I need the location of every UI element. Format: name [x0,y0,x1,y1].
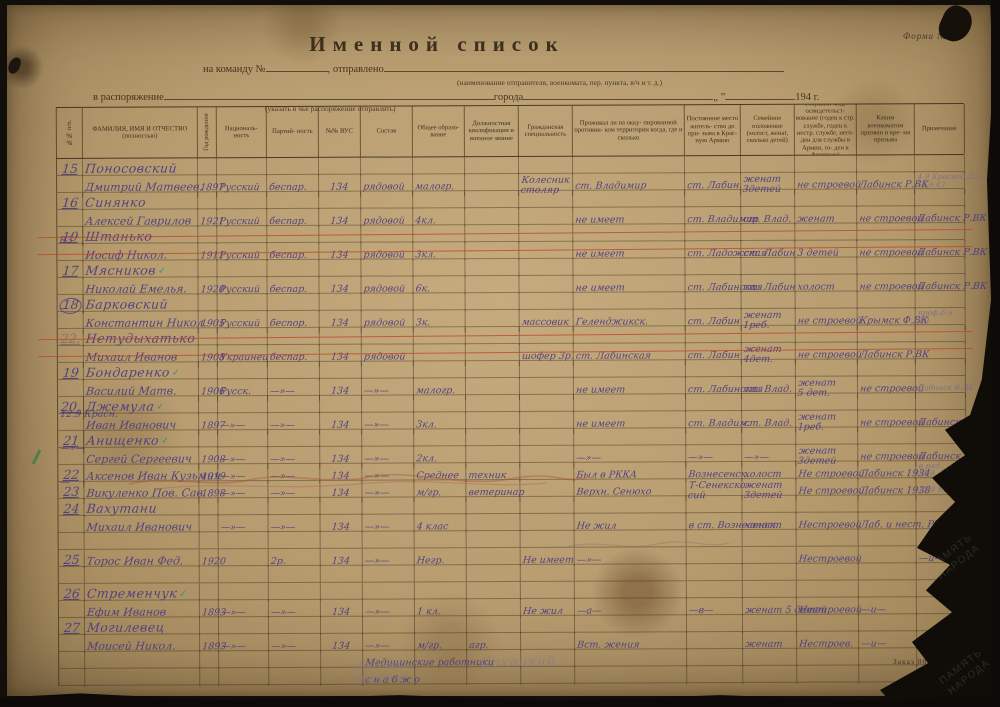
data-cell [741,156,795,174]
data-cell [796,393,858,411]
data-cell [573,156,685,174]
blank-underline [523,89,713,100]
data-cell: не имеет [573,207,685,225]
data-cell [575,581,687,599]
data-cell [796,427,858,445]
data-cell: беспар. [267,243,319,261]
data-cell [796,291,858,309]
data-cell [743,547,797,565]
data-cell [520,463,574,482]
data-cell [859,563,917,579]
data-cell [217,260,267,278]
data-cell [467,548,521,566]
data-cell: —в— [687,598,743,616]
person-name: Анищенко [86,435,160,448]
data-cell [200,583,219,601]
data-cell: Нестроевой [797,546,859,564]
data-cell: женат [795,206,857,224]
data-cell: 3 детей [795,240,857,258]
data-cell [199,498,218,516]
data-cell [741,190,795,208]
data-cell [321,617,363,635]
data-cell: Лабинск Р.ВК [915,274,965,292]
check-mark-icon: ✓ [172,367,180,377]
form-line-1: на команду №, отправлено [203,61,784,75]
data-cell [218,362,268,380]
data-cell [361,259,413,277]
line2-label1: в распоряжение [93,92,164,103]
data-cell: ст. Лабинская [685,275,741,293]
data-cell [219,617,269,635]
data-cell [521,531,575,547]
data-cell [414,395,466,413]
data-cell [362,395,414,413]
person-name: Иван Иванович [86,419,177,430]
data-cell [466,429,520,447]
data-cell [520,293,574,311]
row-number-cell [59,533,85,549]
data-cell [362,361,414,379]
name-cell [85,651,200,670]
data-cell: Русский [217,209,267,227]
data-cell [795,155,857,173]
column-header: Примечание [915,104,965,154]
data-cell [466,327,520,345]
data-cell [575,530,687,546]
data-cell [521,514,575,532]
data-cell [415,582,467,600]
data-cell [268,294,320,312]
data-cell: Русский [217,277,267,295]
row-number: 19 [61,231,78,244]
data-cell [363,582,415,600]
row-number-cell: 16 [57,193,83,211]
data-cell: 134 [319,277,361,295]
data-cell [414,497,466,515]
name-cell: Николай Емелья. [83,277,198,296]
name-cell [85,532,200,549]
data-cell: рядовой [361,208,413,226]
row-number: 27 [63,622,80,635]
person-name: Торос Иван Фед. [86,555,184,566]
data-cell: м/гр. [415,633,467,651]
column-header: №№ ВУС [319,107,361,157]
person-name: Мясников [85,265,157,278]
name-cell: Алексей Гаврилов [83,209,198,228]
data-cell [685,156,741,174]
dark-right-edge [991,0,1000,707]
data-cell [687,666,743,684]
data-cell [574,326,686,344]
person-name: Михаил Иванов [85,351,178,362]
data-cell: —и— [859,631,917,649]
form-line-1-sub: (наименование отправителя, военкомата, п… [457,78,662,87]
data-cell [200,532,219,548]
data-cell [916,291,966,309]
data-cell [915,223,965,241]
data-cell [686,394,742,412]
data-cell: —»— [362,463,414,482]
data-cell [361,191,413,209]
person-name: Поносовский [84,162,177,175]
data-cell [521,565,575,581]
data-cell [743,530,797,546]
handwritten-entry: 4-9 Краснод.2сп 14.9.43 [916,173,982,188]
archive-watermark: ПАМЯТЬ НАРОДА [938,647,994,698]
paper-sheet: Форма № Именной список на команду №, отп… [7,5,992,696]
data-cell: —а— [575,598,687,616]
data-cell [200,617,219,635]
data-cell: Нестроевой [797,597,859,615]
name-cell: Синянко [83,192,198,211]
data-cell: 6к. [413,276,465,294]
data-cell [219,583,269,601]
data-cell [218,396,268,414]
data-cell: —»— [219,515,269,533]
data-cell [465,157,519,175]
data-cell [362,497,414,515]
data-cell [198,192,217,210]
data-cell [795,189,857,207]
data-cell: —»— [218,464,268,483]
data-cell: техник [466,463,520,482]
name-cell: Иосиф Никол. [83,243,198,262]
data-cell: —»— [363,548,415,566]
column-header: Каким военкоматом призван и вре- мя приз… [857,104,915,154]
data-cell [915,189,965,207]
data-cell: не строевой [857,206,915,224]
data-cell [858,291,916,309]
data-cell [795,257,857,275]
name-cell: Ефим Иванов [85,600,200,619]
data-cell [797,648,859,666]
data-cell [687,649,743,667]
data-cell: 1920 [200,549,219,567]
check-mark-icon: ✓ [156,402,164,412]
data-cell: —»— [268,464,320,483]
data-cell: не строевой [857,240,915,258]
line2-city: города [494,92,524,103]
signature-name: Сахацкий [479,652,557,674]
data-cell [797,563,859,579]
data-cell [519,191,573,209]
table-body: 15ПоносовскийДмитрий Матвеев.1897Русский… [56,155,966,686]
row-number: 24 [62,503,79,516]
data-cell [320,498,362,516]
data-cell: рядовой [361,242,413,260]
data-cell [859,546,917,564]
blank-underline [164,89,494,100]
data-cell: в ст. Вознесенск. [687,513,743,531]
data-cell [320,430,362,448]
data-cell [198,158,217,176]
data-cell [857,257,915,275]
data-cell [269,651,321,669]
column-header: Постоянное место житель- ство до при- зы… [685,105,741,155]
column-header: ФАМИЛИЯ, ИМЯ И ОТЧЕСТВО (полностью) [83,107,198,158]
data-cell: 134 [320,464,362,483]
data-cell [467,582,521,600]
data-cell [466,293,520,311]
data-cell [796,325,858,343]
name-cell: Барковский [84,294,199,313]
data-cell: Вознесенск. [686,462,742,481]
data-cell [685,224,741,242]
data-cell: 1893 [200,634,219,652]
row-number: 16 [61,197,78,210]
person-name: Сергей Сергеевич [86,453,193,464]
row-number: 26 [63,588,80,601]
data-cell [743,649,797,667]
data-cell [519,276,573,294]
data-cell [465,242,519,260]
data-cell: 134 [321,600,363,618]
data-cell: —»— [363,633,415,651]
data-cell [520,497,574,515]
data-cell [797,614,859,632]
data-cell [269,583,321,601]
person-name: Стременчук [86,587,178,600]
data-cell [573,224,685,242]
check-mark-icon: ✓ [161,435,169,445]
column-header: Должностная квалификация и военное звани… [465,106,519,156]
data-cell: —и— [859,597,917,615]
data-cell [742,360,796,378]
data-cell [742,394,796,412]
name-cell: Могилевец [85,617,200,636]
row-number: 19 [62,367,79,380]
table-header-row: №№ п/п.ФАМИЛИЯ, ИМЯ И ОТЧЕСТВО (полность… [56,103,964,159]
data-cell [574,428,686,446]
data-cell: женат 5 детей [743,598,797,616]
data-cell [521,633,575,651]
data-cell [741,258,795,276]
data-cell: —»— [575,547,687,565]
row-number-cell [59,516,85,534]
person-name: Моисей Никол. [87,640,177,651]
row-number-cell: 24 [58,499,84,517]
data-cell [199,396,218,414]
row-number-cell: 19 [58,363,84,381]
blank-underline [725,89,795,100]
data-cell [267,192,319,210]
data-cell [268,362,320,380]
data-cell: не имеет [573,275,685,293]
data-cell [217,192,267,210]
data-cell: 134 [321,515,363,533]
data-cell [199,430,218,448]
row-number-cell [59,567,85,583]
data-cell [857,189,915,207]
data-cell [519,225,573,243]
data-cell [362,293,414,311]
person-name: Викуленко Пов. Сав. [86,487,207,499]
name-cell: Джемула✓ [84,396,199,415]
data-cell [219,532,269,548]
data-cell [198,260,217,278]
data-cell: ст. Влад. [741,207,795,225]
data-cell [915,155,965,173]
data-cell [743,581,797,599]
data-cell [465,225,519,243]
data-cell [467,531,521,547]
data-cell [859,614,917,632]
data-cell: 1 кл. [415,599,467,617]
data-cell [859,580,917,598]
data-cell: 1921 [198,209,217,227]
line2-year: 194 г. [795,92,819,103]
data-cell [219,566,269,582]
data-cell: Лаб. и нест. РВ [859,512,917,530]
person-name: Вахутани [86,503,158,516]
form-line-2: в распоряжениегорода„ ”194 г. [93,89,819,103]
data-cell [465,259,519,277]
data-cell [267,226,319,244]
data-cell [743,666,797,684]
data-cell [415,616,467,634]
data-cell [575,649,687,667]
check-mark-icon: ✓ [158,266,166,276]
data-cell [465,276,519,294]
data-cell [573,190,685,208]
row-number-cell: 25 [59,550,85,568]
data-cell [858,325,916,343]
data-cell [742,292,796,310]
data-cell [858,359,916,377]
data-cell [321,532,363,548]
data-cell [269,668,321,686]
name-cell: Мясников✓ [83,260,198,279]
blank-underline [266,61,328,72]
data-cell [466,395,520,413]
data-cell: —»— [269,600,321,618]
data-cell [218,294,268,312]
data-cell: 4кл. [413,208,465,226]
data-cell: Негр. [415,548,467,566]
data-cell: холост [743,513,797,531]
data-cell: Не строевой [796,461,858,480]
data-cell [321,566,363,582]
row-number-cell [59,652,85,670]
data-cell: Нестроев. [797,631,859,649]
data-cell: не строевой [857,274,915,292]
data-cell [319,158,361,176]
data-cell: Среднее [414,463,466,482]
row-number-cell: 19 [57,227,83,245]
data-cell [362,429,414,447]
data-cell: 1893 [200,600,219,618]
data-cell [686,292,742,310]
data-cell [413,259,465,277]
data-cell: 1911 [198,243,217,261]
data-cell: Русский [217,243,267,261]
person-name: Штанько [85,231,153,244]
person-name: Василий Матв. [85,385,177,396]
column-header: Партий- ность [267,107,319,157]
data-cell [741,224,795,242]
data-cell: 134 [319,243,361,261]
data-cell [200,566,219,582]
row-number-cell [59,669,85,687]
data-cell [199,294,218,312]
data-cell [269,617,321,635]
name-cell: Поносовский [83,158,198,177]
data-cell [413,157,465,175]
data-cell [413,191,465,209]
data-cell [743,615,797,633]
person-name: Бондаренко [85,366,170,379]
data-cell [574,292,686,310]
data-cell [466,497,520,515]
row-number: 17 [61,265,78,278]
row-number-cell [59,601,85,619]
data-cell [687,547,743,565]
data-cell [797,580,859,598]
row-number: 20. [60,401,81,414]
name-cell: Михаил Иванович [85,515,200,534]
data-cell: —»— [219,634,269,652]
data-cell [414,327,466,345]
column-header: Состав [361,106,413,156]
data-cell [218,328,268,346]
data-cell [916,359,966,377]
data-cell: беспар. [267,277,319,295]
data-cell [858,393,916,411]
name-cell [85,668,200,687]
data-cell [916,325,966,343]
row-number-cell: 27 [59,618,85,636]
data-cell [687,564,743,580]
data-cell [521,582,575,600]
row-number-cell [57,210,83,228]
data-cell [687,632,743,650]
data-cell [320,294,362,312]
data-cell [467,599,521,617]
row-number-cell: 26 [59,584,85,602]
data-cell [797,665,859,683]
row-number-cell: 17 [57,261,83,279]
data-cell [742,428,796,446]
signature-block: Нач 1 части Капитан а/с Сахацкий [355,659,407,685]
data-cell [519,157,573,175]
data-cell [859,529,917,545]
data-cell [269,532,321,548]
data-cell [796,495,858,513]
data-cell: Не жил [521,599,575,617]
row-number-cell: 15 [57,159,83,177]
data-cell: женат [743,632,797,650]
column-header: Проживал ли на окку- пированной противни… [573,105,685,155]
data-cell [320,396,362,414]
data-cell: беспар. [267,209,319,227]
data-cell [465,191,519,209]
data-cell: 3кл. [413,242,465,260]
data-cell [200,515,219,533]
name-list-table: №№ п/п.ФАМИЛИЯ, ИМЯ И ОТЧЕСТВО (полность… [56,103,967,686]
data-cell [797,529,859,545]
person-name: Нетудыхатько [85,332,196,345]
person-name: Джемула [85,401,155,414]
data-cell [217,226,267,244]
name-cell: Бондаренко✓ [84,362,199,381]
data-cell [574,394,686,412]
person-name: Иосиф Никол. [85,249,168,260]
data-cell: рядовой [361,276,413,294]
name-cell: Торос Иван Фед. [85,549,200,568]
data-cell: 1919 [199,464,218,483]
data-cell [219,651,269,669]
data-cell [319,192,361,210]
